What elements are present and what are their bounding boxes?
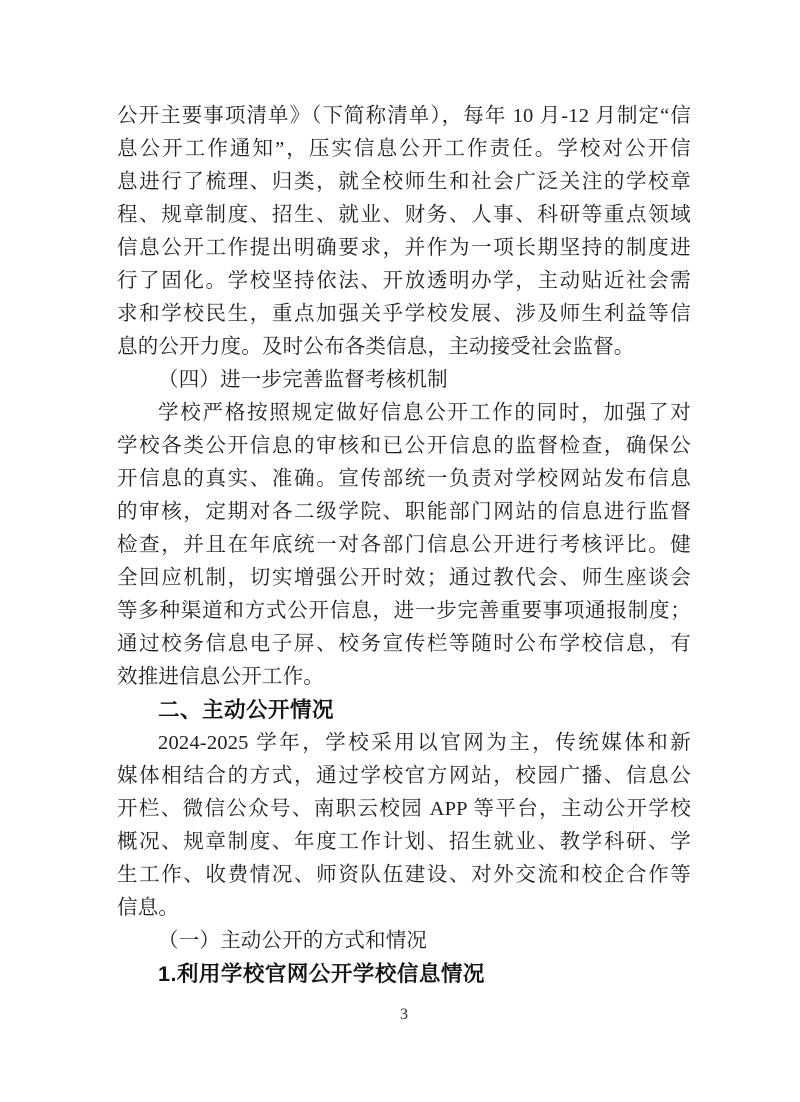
document-page: 公开主要事项清单》（下简称清单），每年 10 月-12 月制定“信 息公开工作通… (0, 0, 800, 1102)
body-line: 2024-2025 学年，学校采用以官网为主，传统媒体和新 (117, 727, 691, 760)
body-line: 求和学校民生，重点加强关乎学校发展、涉及师生利益等信 (117, 298, 691, 331)
body-line: 全回应机制，切实增强公开时效；通过教代会、师生座谈会 (117, 562, 691, 595)
body-line: 学校各类公开信息的审核和已公开信息的监督检查，确保公 (117, 430, 691, 463)
body-line: 程、规章制度、招生、就业、财务、人事、科研等重点领域 (117, 199, 691, 232)
subsection-heading-1: （一）主动公开的方式和情况 (117, 925, 691, 958)
body-line: 的审核，定期对各二级学院、职能部门网站的信息进行监督 (117, 496, 691, 529)
body-line: 行了固化。学校坚持依法、开放透明办学，主动贴近社会需 (117, 265, 691, 298)
body-line: 概况、规章制度、年度工作计划、招生就业、教学科研、学 (117, 826, 691, 859)
body-line: 公开主要事项清单》（下简称清单），每年 10 月-12 月制定“信 (117, 100, 691, 133)
section-heading-2: 二、主动公开情况 (117, 694, 691, 727)
body-line: 开信息的真实、准确。宣传部统一负责对学校网站发布信息 (117, 463, 691, 496)
body-line: 信息公开工作提出明确要求，并作为一项长期坚持的制度进 (117, 232, 691, 265)
document-body: 公开主要事项清单》（下简称清单），每年 10 月-12 月制定“信 息公开工作通… (117, 100, 691, 991)
body-line: 效推进信息公开工作。 (117, 661, 691, 694)
numbered-heading-1: 1.利用学校官网公开学校信息情况 (117, 958, 691, 991)
page-number: 3 (117, 1003, 691, 1027)
subsection-heading-4: （四）进一步完善监督考核机制 (117, 364, 691, 397)
body-line: 信息。 (117, 892, 691, 925)
body-line: 检查，并且在年底统一对各部门信息公开进行考核评比。健 (117, 529, 691, 562)
body-line: 等多种渠道和方式公开信息，进一步完善重要事项通报制度； (117, 595, 691, 628)
body-line: 息的公开力度。及时公布各类信息，主动接受社会监督。 (117, 331, 691, 364)
body-line: 息公开工作通知”，压实信息公开工作责任。学校对公开信 (117, 133, 691, 166)
body-line: 开栏、微信公众号、南职云校园 APP 等平台，主动公开学校 (117, 793, 691, 826)
body-line: 通过校务信息电子屏、校务宣传栏等随时公布学校信息，有 (117, 628, 691, 661)
body-line: 媒体相结合的方式，通过学校官方网站，校园广播、信息公 (117, 760, 691, 793)
body-line: 息进行了梳理、归类，就全校师生和社会广泛关注的学校章 (117, 166, 691, 199)
body-line: 生工作、收费情况、师资队伍建设、对外交流和校企合作等 (117, 859, 691, 892)
body-line: 学校严格按照规定做好信息公开工作的同时，加强了对 (117, 397, 691, 430)
